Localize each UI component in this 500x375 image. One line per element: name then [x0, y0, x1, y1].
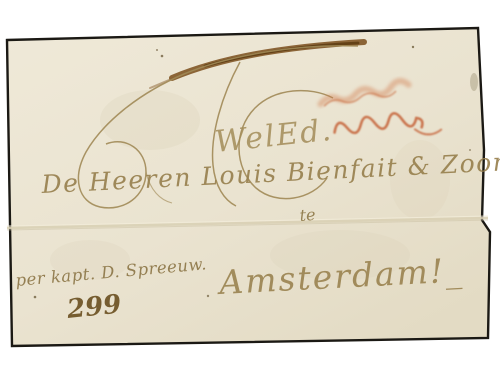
- manuscript-docket-number: 299: [65, 289, 123, 325]
- manuscript-preposition: te: [299, 205, 316, 225]
- cover-photograph: WelEd. De Heeren Louis Bienfait & Zoon t…: [0, 0, 500, 375]
- letter-photo-svg: WelEd. De Heeren Louis Bienfait & Zoon t…: [0, 0, 500, 375]
